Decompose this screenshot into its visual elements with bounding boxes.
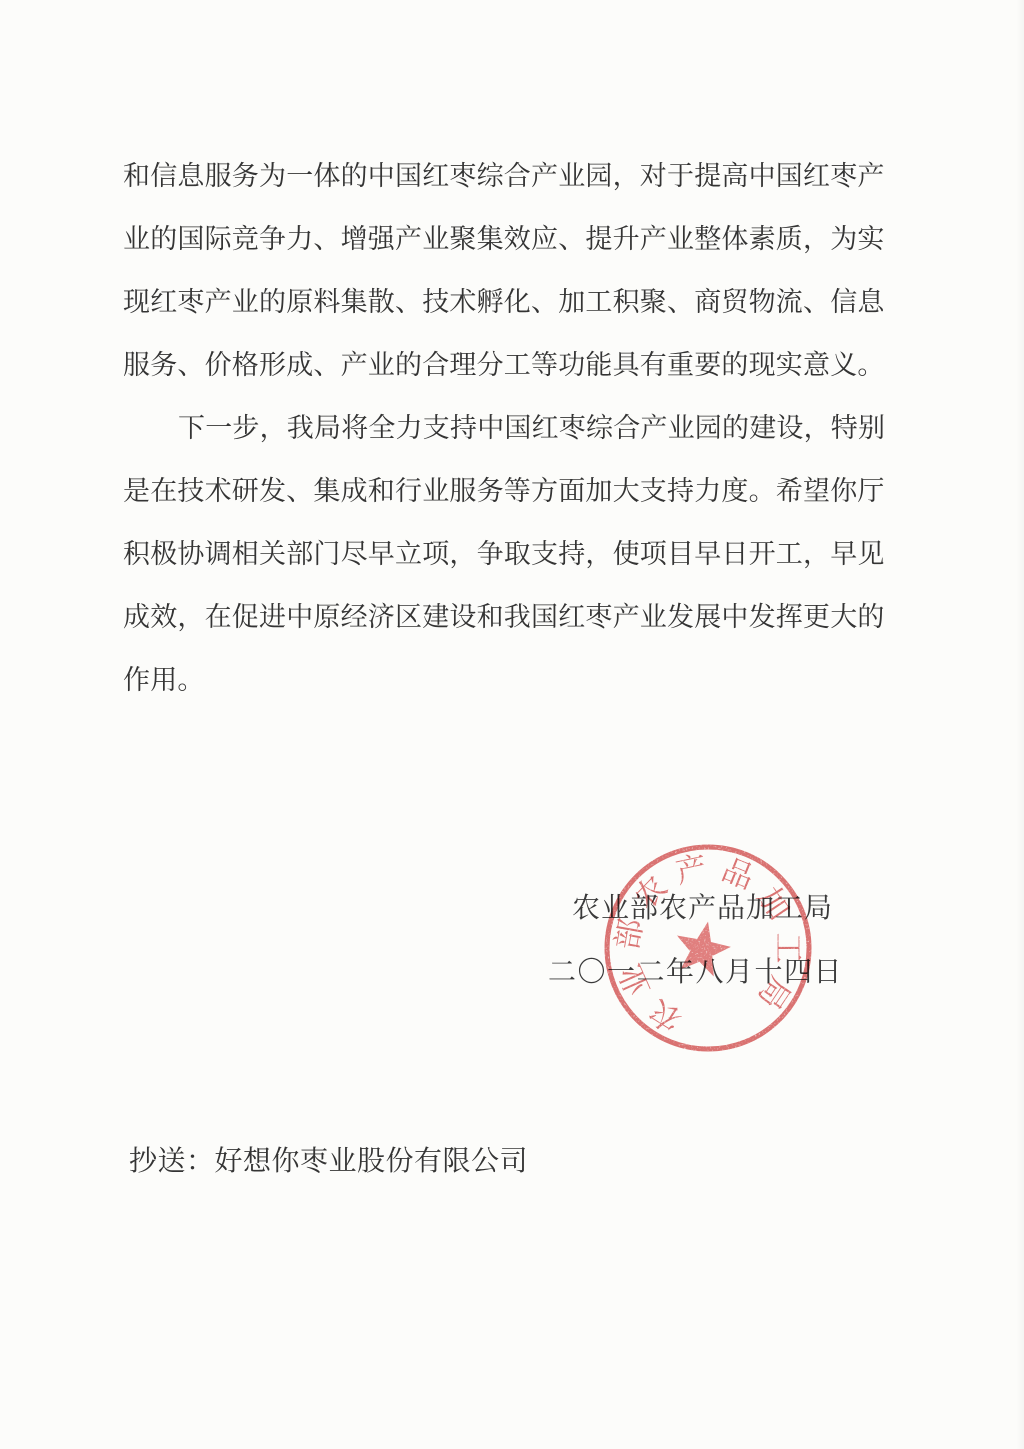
- seal-ring-char: 工: [771, 933, 806, 964]
- body-line: 和信息服务为一体的中国红枣综合产业园，对于提高中国红枣产: [123, 145, 898, 208]
- star-icon: [670, 916, 735, 979]
- seal-ring-char: 产: [673, 849, 711, 890]
- letter-body: 和信息服务为一体的中国红枣综合产业园，对于提高中国红枣产 业的国际竞争力、增强产…: [123, 145, 898, 712]
- body-line: 下一步，我局将全力支持中国红枣综合产业园的建设，特别: [123, 397, 898, 460]
- cc-line: 抄送：好想你枣业股份有限公司: [129, 1139, 528, 1185]
- scan-edge-shading: [1016, 0, 1024, 1449]
- body-line: 是在技术研发、集成和行业服务等方面加大支持力度。希望你厅: [123, 460, 898, 523]
- body-line: 作用。: [123, 649, 898, 712]
- scanned-letter-page: { "colors": { "paper": "#fcfcfa", "ink":…: [0, 0, 1024, 1449]
- body-line: 服务、价格形成、产业的合理分工等功能具有重要的现实意义。: [123, 334, 898, 397]
- seal-ring-char: 部: [609, 916, 649, 953]
- body-line: 成效，在促进中原经济区建设和我国红枣产业发展中发挥更大的: [123, 586, 898, 649]
- body-line: 积极协调相关部门尽早立项，争取支持，使项目早日开工，早见: [123, 523, 898, 586]
- body-line: 业的国际竞争力、增强产业聚集效应、提升产业整体素质，为实: [123, 208, 898, 271]
- official-red-seal: 农 业 部 农 产 品 加 工 局: [586, 826, 830, 1070]
- body-line: 现红枣产业的原料集散、技术孵化、加工积聚、商贸物流、信息: [123, 271, 898, 334]
